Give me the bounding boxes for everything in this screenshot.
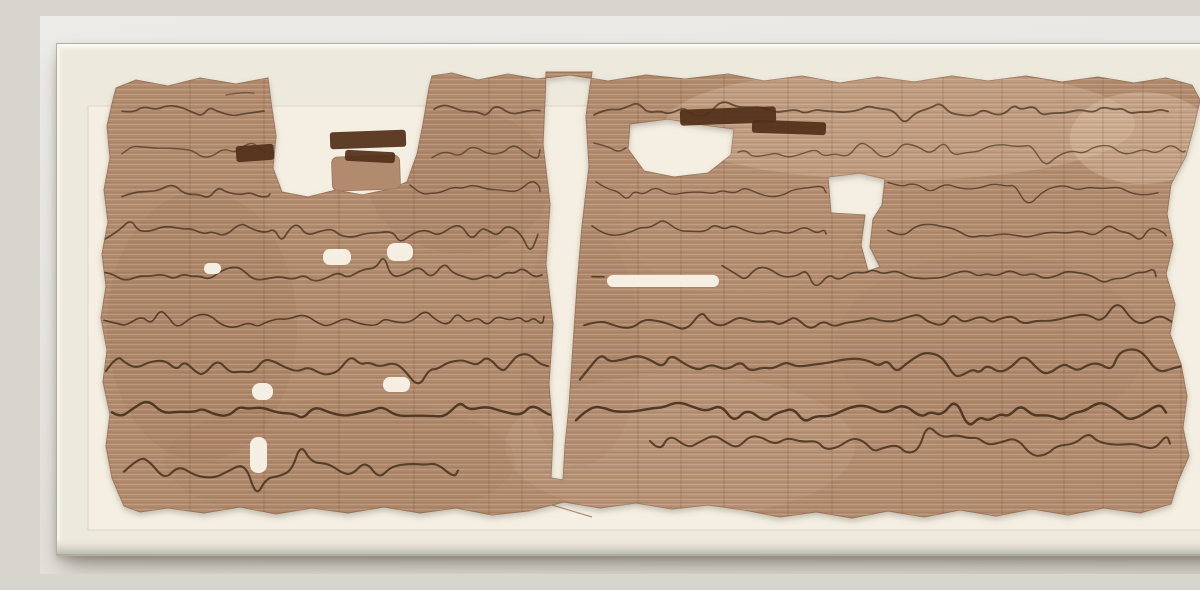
museum-photo bbox=[40, 16, 1200, 574]
glass-bevel-top-highlight bbox=[57, 44, 1200, 51]
glass-edge-bottom bbox=[57, 539, 1200, 555]
glass-bevel-left-highlight bbox=[57, 44, 63, 555]
glass-mount bbox=[56, 43, 1200, 556]
